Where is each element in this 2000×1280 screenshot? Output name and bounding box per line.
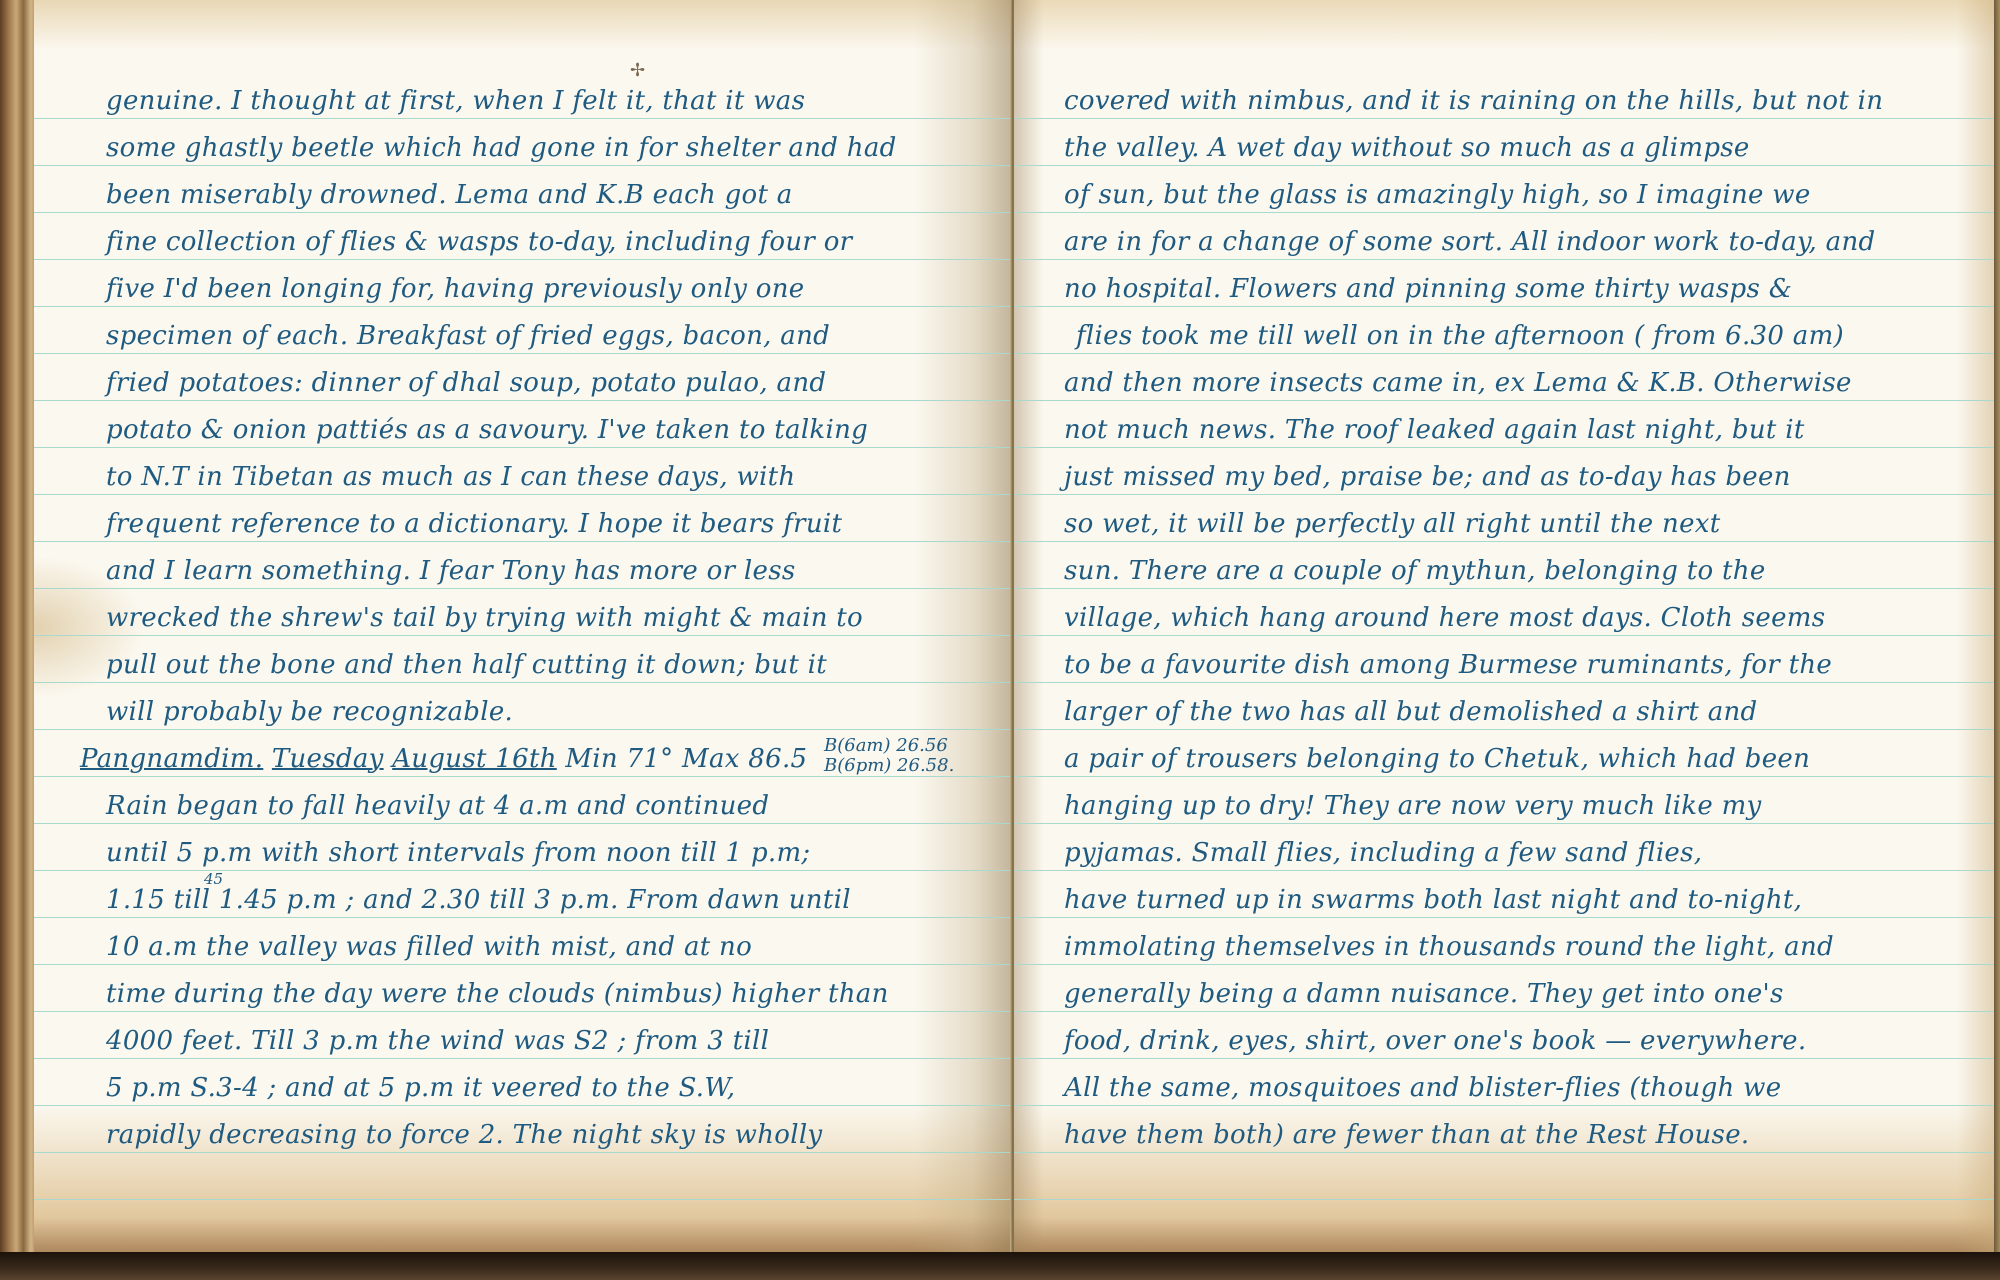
diary-line: 4000 feet. Till 3 p.m the wind was S2 ; … (106, 1026, 769, 1056)
diary-line: 10 a.m the valley was filled with mist, … (106, 932, 752, 962)
ruled-line (1014, 212, 1996, 213)
diary-line: rapidly decreasing to force 2. The night… (106, 1120, 822, 1150)
ruled-line (34, 1011, 1012, 1012)
diary-line: and then more insects came in, ex Lema &… (1064, 368, 1852, 398)
ruled-line (34, 1058, 1012, 1059)
diary-line: not much news. The roof leaked again las… (1064, 415, 1805, 445)
ruled-line (34, 1199, 1012, 1200)
ruled-line (1014, 165, 1996, 166)
ruled-line (1014, 964, 1996, 965)
entry-date: August 16th (392, 744, 557, 774)
diary-line: are in for a change of some sort. All in… (1064, 227, 1875, 257)
max-temp: Max 86.5 (682, 744, 807, 774)
diary-line: time during the day were the clouds (nim… (106, 979, 889, 1009)
book-binding (0, 0, 36, 1255)
ruled-line (34, 635, 1012, 636)
ruled-line (34, 212, 1012, 213)
ruled-line (1014, 1152, 1996, 1153)
ruled-line (34, 1105, 1012, 1106)
ruled-line (34, 494, 1012, 495)
ruled-line (1014, 259, 1996, 260)
diary-line: have them both) are fewer than at the Re… (1064, 1120, 1749, 1150)
ruled-line (1014, 541, 1996, 542)
ruled-line (34, 682, 1012, 683)
ruled-line (1014, 917, 1996, 918)
diary-line: flies took me till well on in the aftern… (1076, 321, 1844, 351)
diary-line: and I learn something. I fear Tony has m… (106, 556, 795, 586)
barometer-pm: B(6pm) 26.58. (824, 756, 954, 776)
ruled-line (1014, 306, 1996, 307)
min-temp: Min 71° (565, 744, 673, 774)
ruled-line (34, 823, 1012, 824)
pen-mark: ✢ (630, 60, 645, 81)
ruled-line (1014, 1011, 1996, 1012)
entry-place: Pangnamdim. (80, 744, 263, 774)
diary-line: potato & onion pattiés as a savoury. I'v… (106, 415, 868, 445)
book-bottom-edge (0, 1252, 2000, 1280)
ruled-line (34, 776, 1012, 777)
diary-line: wrecked the shrew's tail by trying with … (106, 603, 863, 633)
diary-line: will probably be recognizable. (106, 697, 513, 727)
ruled-line (1014, 682, 1996, 683)
entry-heading: Pangnamdim. Tuesday August 16th Min 71° … (80, 744, 807, 774)
diary-line: so wet, it will be perfectly all right u… (1064, 509, 1720, 539)
diary-line: larger of the two has all but demolished… (1064, 697, 1757, 727)
ruled-line (34, 400, 1012, 401)
diary-line: until 5 p.m with short intervals from no… (106, 838, 811, 868)
diary-line: of sun, but the glass is amazingly high,… (1064, 180, 1811, 210)
ruled-line (34, 729, 1012, 730)
left-page: ✢ genuine. I thought at first, when I fe… (34, 0, 1012, 1255)
ruled-line (1014, 1105, 1996, 1106)
diary-line: village, which hang around here most day… (1064, 603, 1825, 633)
diary-line: some ghastly beetle which had gone in fo… (106, 133, 897, 163)
diary-line: 1.15 till 1.45 p.m ; and 2.30 till 3 p.m… (106, 885, 851, 915)
diary-line: 5 p.m S.3-4 ; and at 5 p.m it veered to … (106, 1073, 735, 1103)
diary-line: genuine. I thought at first, when I felt… (106, 86, 805, 116)
diary-line: fried potatoes: dinner of dhal soup, pot… (106, 368, 826, 398)
ruled-line (1014, 400, 1996, 401)
barometer-am: B(6am) 26.56 (824, 736, 954, 756)
ruled-line (34, 917, 1012, 918)
diary-line: frequent reference to a dictionary. I ho… (106, 509, 842, 539)
ruled-line (1014, 870, 1996, 871)
page-edge (1994, 0, 2000, 1255)
ruled-line (34, 447, 1012, 448)
ruled-line (34, 1152, 1012, 1153)
diary-line: five I'd been longing for, having previo… (106, 274, 804, 304)
ruled-line (1014, 776, 1996, 777)
diary-line: no hospital. Flowers and pinning some th… (1064, 274, 1792, 304)
diary-line: pyjamas. Small flies, including a few sa… (1064, 838, 1702, 868)
diary-line: just missed my bed, praise be; and as to… (1064, 462, 1791, 492)
ruled-line (34, 588, 1012, 589)
diary-line: to be a favourite dish among Burmese rum… (1064, 650, 1832, 680)
ruled-line (1014, 494, 1996, 495)
diary-line: the valley. A wet day without so much as… (1064, 133, 1750, 163)
diary-line: fine collection of flies & wasps to-day,… (106, 227, 852, 257)
ruled-line (1014, 1058, 1996, 1059)
ruled-line (1014, 447, 1996, 448)
diary-line: generally being a damn nuisance. They ge… (1064, 979, 1784, 1009)
entry-day: Tuesday (272, 744, 384, 774)
diary-line: covered with nimbus, and it is raining o… (1064, 86, 1883, 116)
ruled-line (34, 541, 1012, 542)
ruled-line (1014, 635, 1996, 636)
ruled-line (34, 306, 1012, 307)
ruled-line (1014, 823, 1996, 824)
diary-line: been miserably drowned. Lema and K.B eac… (106, 180, 793, 210)
ruled-line (34, 165, 1012, 166)
diary-line: have turned up in swarms both last night… (1064, 885, 1802, 915)
diary-line: a pair of trousers belonging to Chetuk, … (1064, 744, 1810, 774)
barometer-readings: B(6am) 26.56 B(6pm) 26.58. (824, 736, 954, 776)
diary-line: sun. There are a couple of mythun, belon… (1064, 556, 1766, 586)
ruled-line (34, 259, 1012, 260)
diary-line: to N.T in Tibetan as much as I can these… (106, 462, 795, 492)
diary-line: Rain began to fall heavily at 4 a.m and … (106, 791, 769, 821)
ruled-line (34, 353, 1012, 354)
diary-line: immolating themselves in thousands round… (1064, 932, 1834, 962)
diary-line: All the same, mosquitoes and blister-fli… (1064, 1073, 1781, 1103)
ruled-line (1014, 353, 1996, 354)
ruled-line (1014, 729, 1996, 730)
diary-line: specimen of each. Breakfast of fried egg… (106, 321, 830, 351)
ruled-line (34, 118, 1012, 119)
diary-line: hanging up to dry! They are now very muc… (1064, 791, 1762, 821)
right-page: covered with nimbus, and it is raining o… (1014, 0, 1996, 1255)
diary-line: food, drink, eyes, shirt, over one's boo… (1064, 1026, 1806, 1056)
ruled-line (1014, 1199, 1996, 1200)
ruled-line (1014, 118, 1996, 119)
ruled-line (1014, 588, 1996, 589)
ruled-line (34, 964, 1012, 965)
ruled-line (34, 870, 1012, 871)
diary-line: pull out the bone and then half cutting … (106, 650, 827, 680)
